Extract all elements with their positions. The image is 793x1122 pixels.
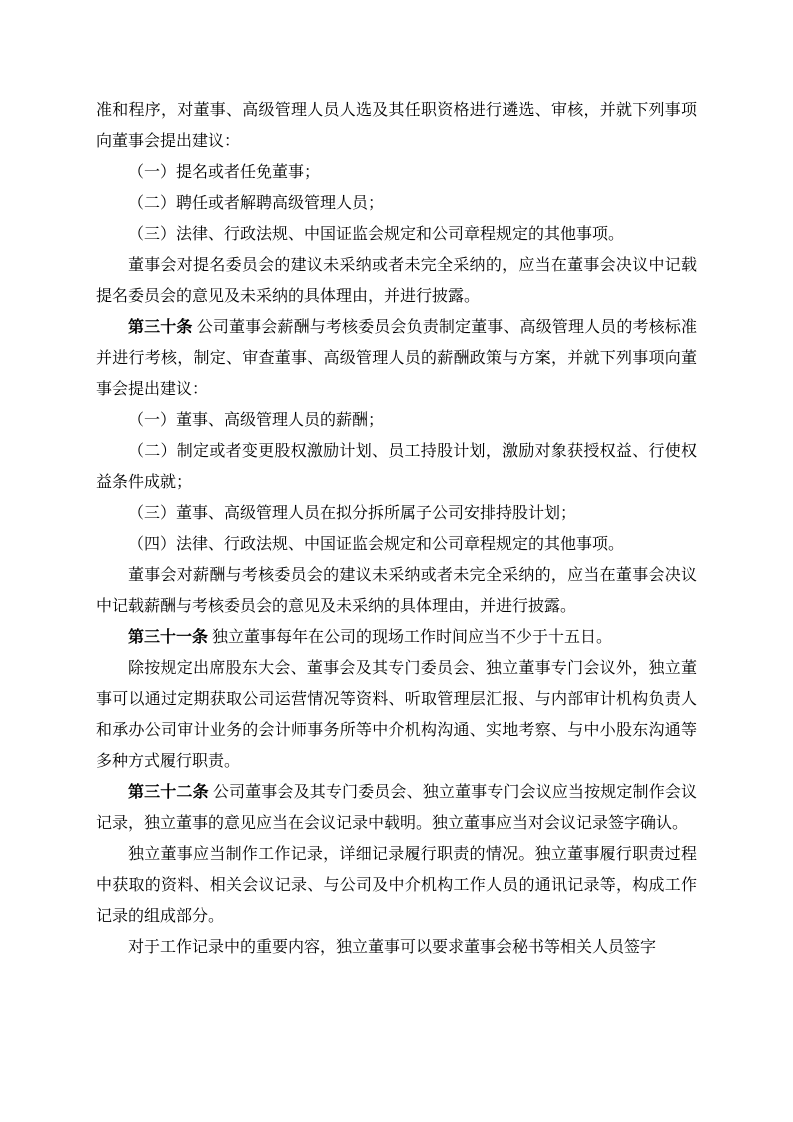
paragraph-text: 董事会对提名委员会的建议未采纳或者未完全采纳的，应当在董事会决议中记载提名委员会… <box>96 257 697 305</box>
paragraph: 董事会对提名委员会的建议未采纳或者未完全采纳的，应当在董事会决议中记载提名委员会… <box>96 250 697 312</box>
paragraph-text: （一）提名或者任免董事； <box>128 164 320 181</box>
paragraph: 对于工作记录中的重要内容，独立董事可以要求董事会秘书等相关人员签字 <box>96 932 697 963</box>
paragraph-text: （二）制定或者变更股权激励计划、员工持股计划，激励对象获授权益、行使权益条件成就… <box>96 443 697 491</box>
paragraph-text: 对于工作记录中的重要内容，独立董事可以要求董事会秘书等相关人员签字 <box>128 939 656 956</box>
paragraph-text: （三）董事、高级管理人员在拟分拆所属子公司安排持股计划； <box>128 505 576 522</box>
paragraph-text: （二）聘任或者解聘高级管理人员； <box>128 195 384 212</box>
paragraph-article-31: 第三十一条 独立董事每年在公司的现场工作时间应当不少于十五日。 <box>96 622 697 653</box>
list-item: （一）董事、高级管理人员的薪酬； <box>96 405 697 436</box>
paragraph-article-30: 第三十条 公司董事会薪酬与考核委员会负责制定董事、高级管理人员的考核标准并进行考… <box>96 312 697 405</box>
paragraph: 除按规定出席股东大会、董事会及其专门委员会、独立董事专门会议外，独立董事可以通过… <box>96 653 697 777</box>
paragraph-text: （四）法律、行政法规、中国证监会规定和公司章程规定的其他事项。 <box>128 536 624 553</box>
article-number: 第三十条 <box>128 319 193 336</box>
paragraph: 准和程序，对董事、高级管理人员人选及其任职资格进行遴选、审核，并就下列事项向董事… <box>96 95 697 157</box>
paragraph-text: 除按规定出席股东大会、董事会及其专门委员会、独立董事专门会议外，独立董事可以通过… <box>96 660 697 770</box>
paragraph-article-32: 第三十二条 公司董事会及其专门委员会、独立董事专门会议应当按规定制作会议记录，独… <box>96 777 697 839</box>
list-item: （一）提名或者任免董事； <box>96 157 697 188</box>
paragraph: 董事会对薪酬与考核委员会的建议未采纳或者未完全采纳的，应当在董事会决议中记载薪酬… <box>96 560 697 622</box>
article-number: 第三十一条 <box>128 629 208 646</box>
paragraph-text: 独立董事应当制作工作记录，详细记录履行职责的情况。独立董事履行职责过程中获取的资… <box>96 846 697 925</box>
list-item: （二）聘任或者解聘高级管理人员； <box>96 188 697 219</box>
paragraph-text: （一）董事、高级管理人员的薪酬； <box>128 412 384 429</box>
document-page: 准和程序，对董事、高级管理人员人选及其任职资格进行遴选、审核，并就下列事项向董事… <box>0 0 793 1122</box>
paragraph-text: （三）法律、行政法规、中国证监会规定和公司章程规定的其他事项。 <box>128 226 624 243</box>
paragraph-text: 独立董事每年在公司的现场工作时间应当不少于十五日。 <box>208 629 612 646</box>
list-item: （二）制定或者变更股权激励计划、员工持股计划，激励对象获授权益、行使权益条件成就… <box>96 436 697 498</box>
paragraph: 独立董事应当制作工作记录，详细记录履行职责的情况。独立董事履行职责过程中获取的资… <box>96 839 697 932</box>
paragraph-text: 董事会对薪酬与考核委员会的建议未采纳或者未完全采纳的，应当在董事会决议中记载薪酬… <box>96 567 697 615</box>
paragraph-text: 准和程序，对董事、高级管理人员人选及其任职资格进行遴选、审核，并就下列事项向董事… <box>96 102 697 150</box>
article-number: 第三十二条 <box>128 784 209 801</box>
list-item: （三）法律、行政法规、中国证监会规定和公司章程规定的其他事项。 <box>96 219 697 250</box>
list-item: （三）董事、高级管理人员在拟分拆所属子公司安排持股计划； <box>96 498 697 529</box>
list-item: （四）法律、行政法规、中国证监会规定和公司章程规定的其他事项。 <box>96 529 697 560</box>
